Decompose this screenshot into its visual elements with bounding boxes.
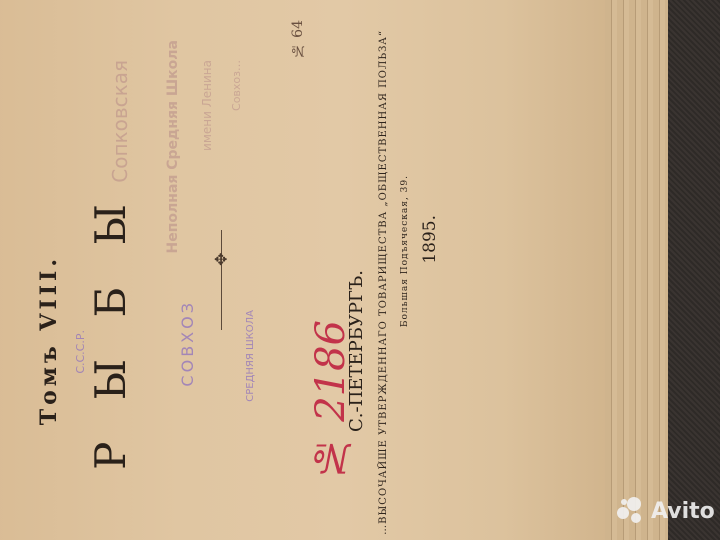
publication-year: 1895. [420,215,440,264]
library-stamp-line: Неполная Средняя Школа [165,40,181,253]
ornament-icon: ✥ [214,250,227,269]
page-edges [605,0,675,540]
ornament-line [221,230,222,330]
title-page: Томъ VIII. Р Ы Б Ы ✥ С.-ПЕТЕРБУРГЪ. …ВЫС… [0,0,630,540]
book-title: Р Ы Б Ы [86,190,135,470]
volume-label: Томъ VIII. [36,255,62,425]
avito-logo-icon [617,497,647,525]
background-fabric [668,0,720,540]
publisher-address: Большая Подъяческая, 39. [400,175,410,327]
library-stamp-line: Сопковская [108,60,132,183]
library-stamp-line: имени Ленина [200,60,214,151]
publisher-line: …ВЫСОЧАЙШЕ УТВЕРЖДЕННАГО ТОВАРИЩЕСТВА „О… [378,30,389,535]
library-stamp-line: Совхоз… [230,60,243,111]
purple-stamp-line: СОВХОЗ [178,300,197,387]
purple-stamp-line: СРЕДНЯЯ ШКОЛА [245,310,256,402]
book-photo: Томъ VIII. Р Ы Б Ы ✥ С.-ПЕТЕРБУРГЪ. …ВЫС… [0,0,720,540]
inventory-mark: № 64 [290,20,306,58]
purple-stamp-line: С.С.С.Р. [74,330,87,374]
avito-label: Avito [651,499,715,524]
handwritten-number: № 2186 [308,320,354,481]
avito-watermark: Avito [617,497,715,525]
